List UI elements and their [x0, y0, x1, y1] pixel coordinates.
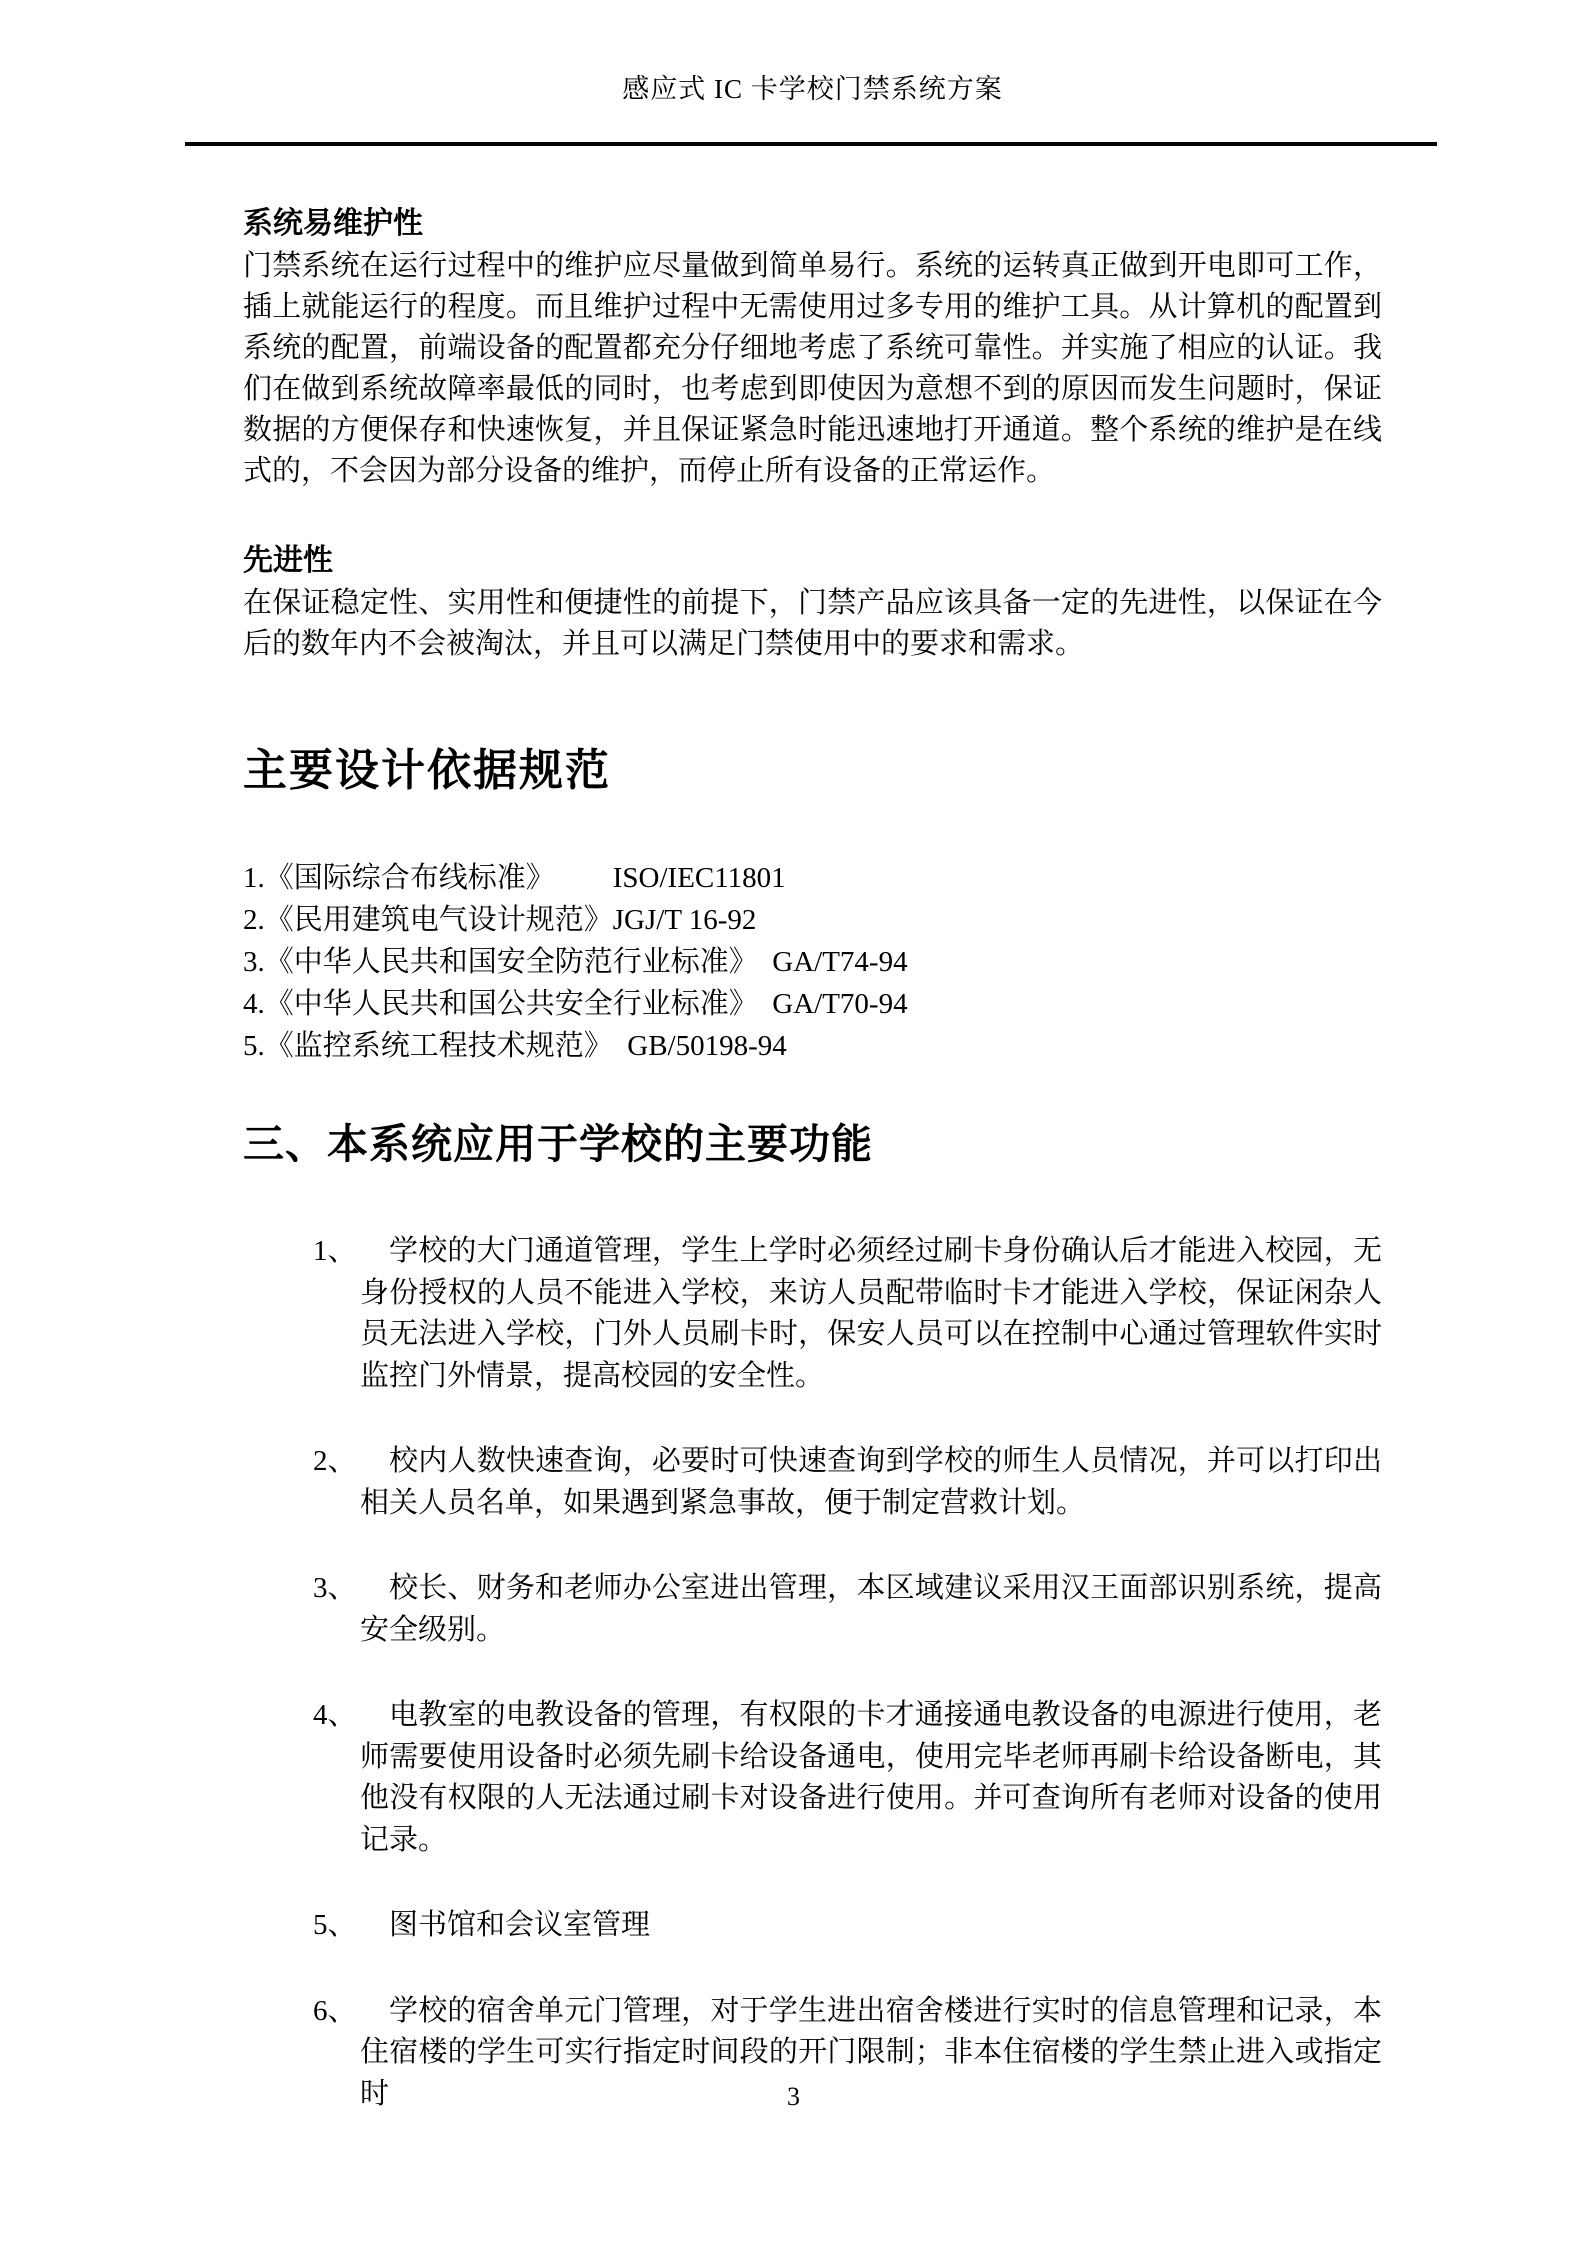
- page-header: 感应式 IC 卡学校门禁系统方案: [243, 72, 1382, 146]
- heading-functions: 三、本系统应用于学校的主要功能: [243, 1119, 1382, 1169]
- document-page: 感应式 IC 卡学校门禁系统方案 系统易维护性 门禁系统在运行过程中的维护应尽量…: [0, 0, 1587, 2245]
- document-title: 感应式 IC 卡学校门禁系统方案: [243, 72, 1382, 106]
- function-item: 3、 校长、财务和老师办公室进出管理，本区域建议采用汉王面部识别系统，提高安全级…: [313, 1568, 1382, 1651]
- section-heading-advancement: 先进性: [243, 540, 1382, 581]
- function-item-text: 电教室的电教设备的管理，有权限的卡才通接通电教设备的电源进行使用，老师需要使用设…: [360, 1695, 1382, 1861]
- page-footer: 3: [0, 2082, 1587, 2112]
- section-heading-maintainability: 系统易维护性: [243, 203, 1382, 244]
- function-item-number: 4、: [313, 1695, 360, 1737]
- function-item-number: 1、: [313, 1231, 360, 1273]
- standards-list: 1.《国际综合布线标准》 ISO/IEC11801 2.《民用建筑电气设计规范》…: [243, 857, 1382, 1067]
- standard-item: 2.《民用建筑电气设计规范》JGJ/T 16-92: [243, 899, 1382, 941]
- standard-item: 1.《国际综合布线标准》 ISO/IEC11801: [243, 857, 1382, 899]
- function-item: 5、 图书馆和会议室管理: [313, 1905, 1382, 1947]
- function-item-number: 2、: [313, 1441, 360, 1483]
- header-rule: [185, 142, 1437, 146]
- function-item-text: 校内人数快速查询，必要时可快速查询到学校的师生人员情况，并可以打印出相关人员名单…: [360, 1441, 1382, 1524]
- heading-design-basis: 主要设计依据规范: [243, 745, 1382, 797]
- standard-item: 5.《监控系统工程技术规范》 GB/50198-94: [243, 1025, 1382, 1067]
- paragraph-maintainability: 门禁系统在运行过程中的维护应尽量做到简单易行。系统的运转真正做到开电即可工作，插…: [243, 246, 1382, 492]
- document-body: 系统易维护性 门禁系统在运行过程中的维护应尽量做到简单易行。系统的运转真正做到开…: [243, 203, 1382, 2115]
- functions-list: 1、 学校的大门通道管理，学生上学时必须经过刷卡身份确认后才能进入校园，无身份授…: [243, 1231, 1382, 2115]
- function-item: 4、 电教室的电教设备的管理，有权限的卡才通接通电教设备的电源进行使用，老师需要…: [313, 1695, 1382, 1861]
- function-item-text: 图书馆和会议室管理: [360, 1905, 1382, 1947]
- standard-item: 3.《中华人民共和国安全防范行业标准》 GA/T74-94: [243, 941, 1382, 983]
- function-item-number: 3、: [313, 1568, 360, 1610]
- paragraph-advancement: 在保证稳定性、实用性和便捷性的前提下，门禁产品应该具备一定的先进性，以保证在今后…: [243, 583, 1382, 665]
- function-item: 1、 学校的大门通道管理，学生上学时必须经过刷卡身份确认后才能进入校园，无身份授…: [313, 1231, 1382, 1397]
- page-number: 3: [787, 2082, 800, 2111]
- function-item-text: 学校的大门通道管理，学生上学时必须经过刷卡身份确认后才能进入校园，无身份授权的人…: [360, 1231, 1382, 1397]
- function-item-number: 5、: [313, 1905, 360, 1947]
- standard-item: 4.《中华人民共和国公共安全行业标准》 GA/T70-94: [243, 983, 1382, 1025]
- function-item-number: 6、: [313, 1991, 360, 2033]
- function-item: 2、 校内人数快速查询，必要时可快速查询到学校的师生人员情况，并可以打印出相关人…: [313, 1441, 1382, 1524]
- function-item-text: 校长、财务和老师办公室进出管理，本区域建议采用汉王面部识别系统，提高安全级别。: [360, 1568, 1382, 1651]
